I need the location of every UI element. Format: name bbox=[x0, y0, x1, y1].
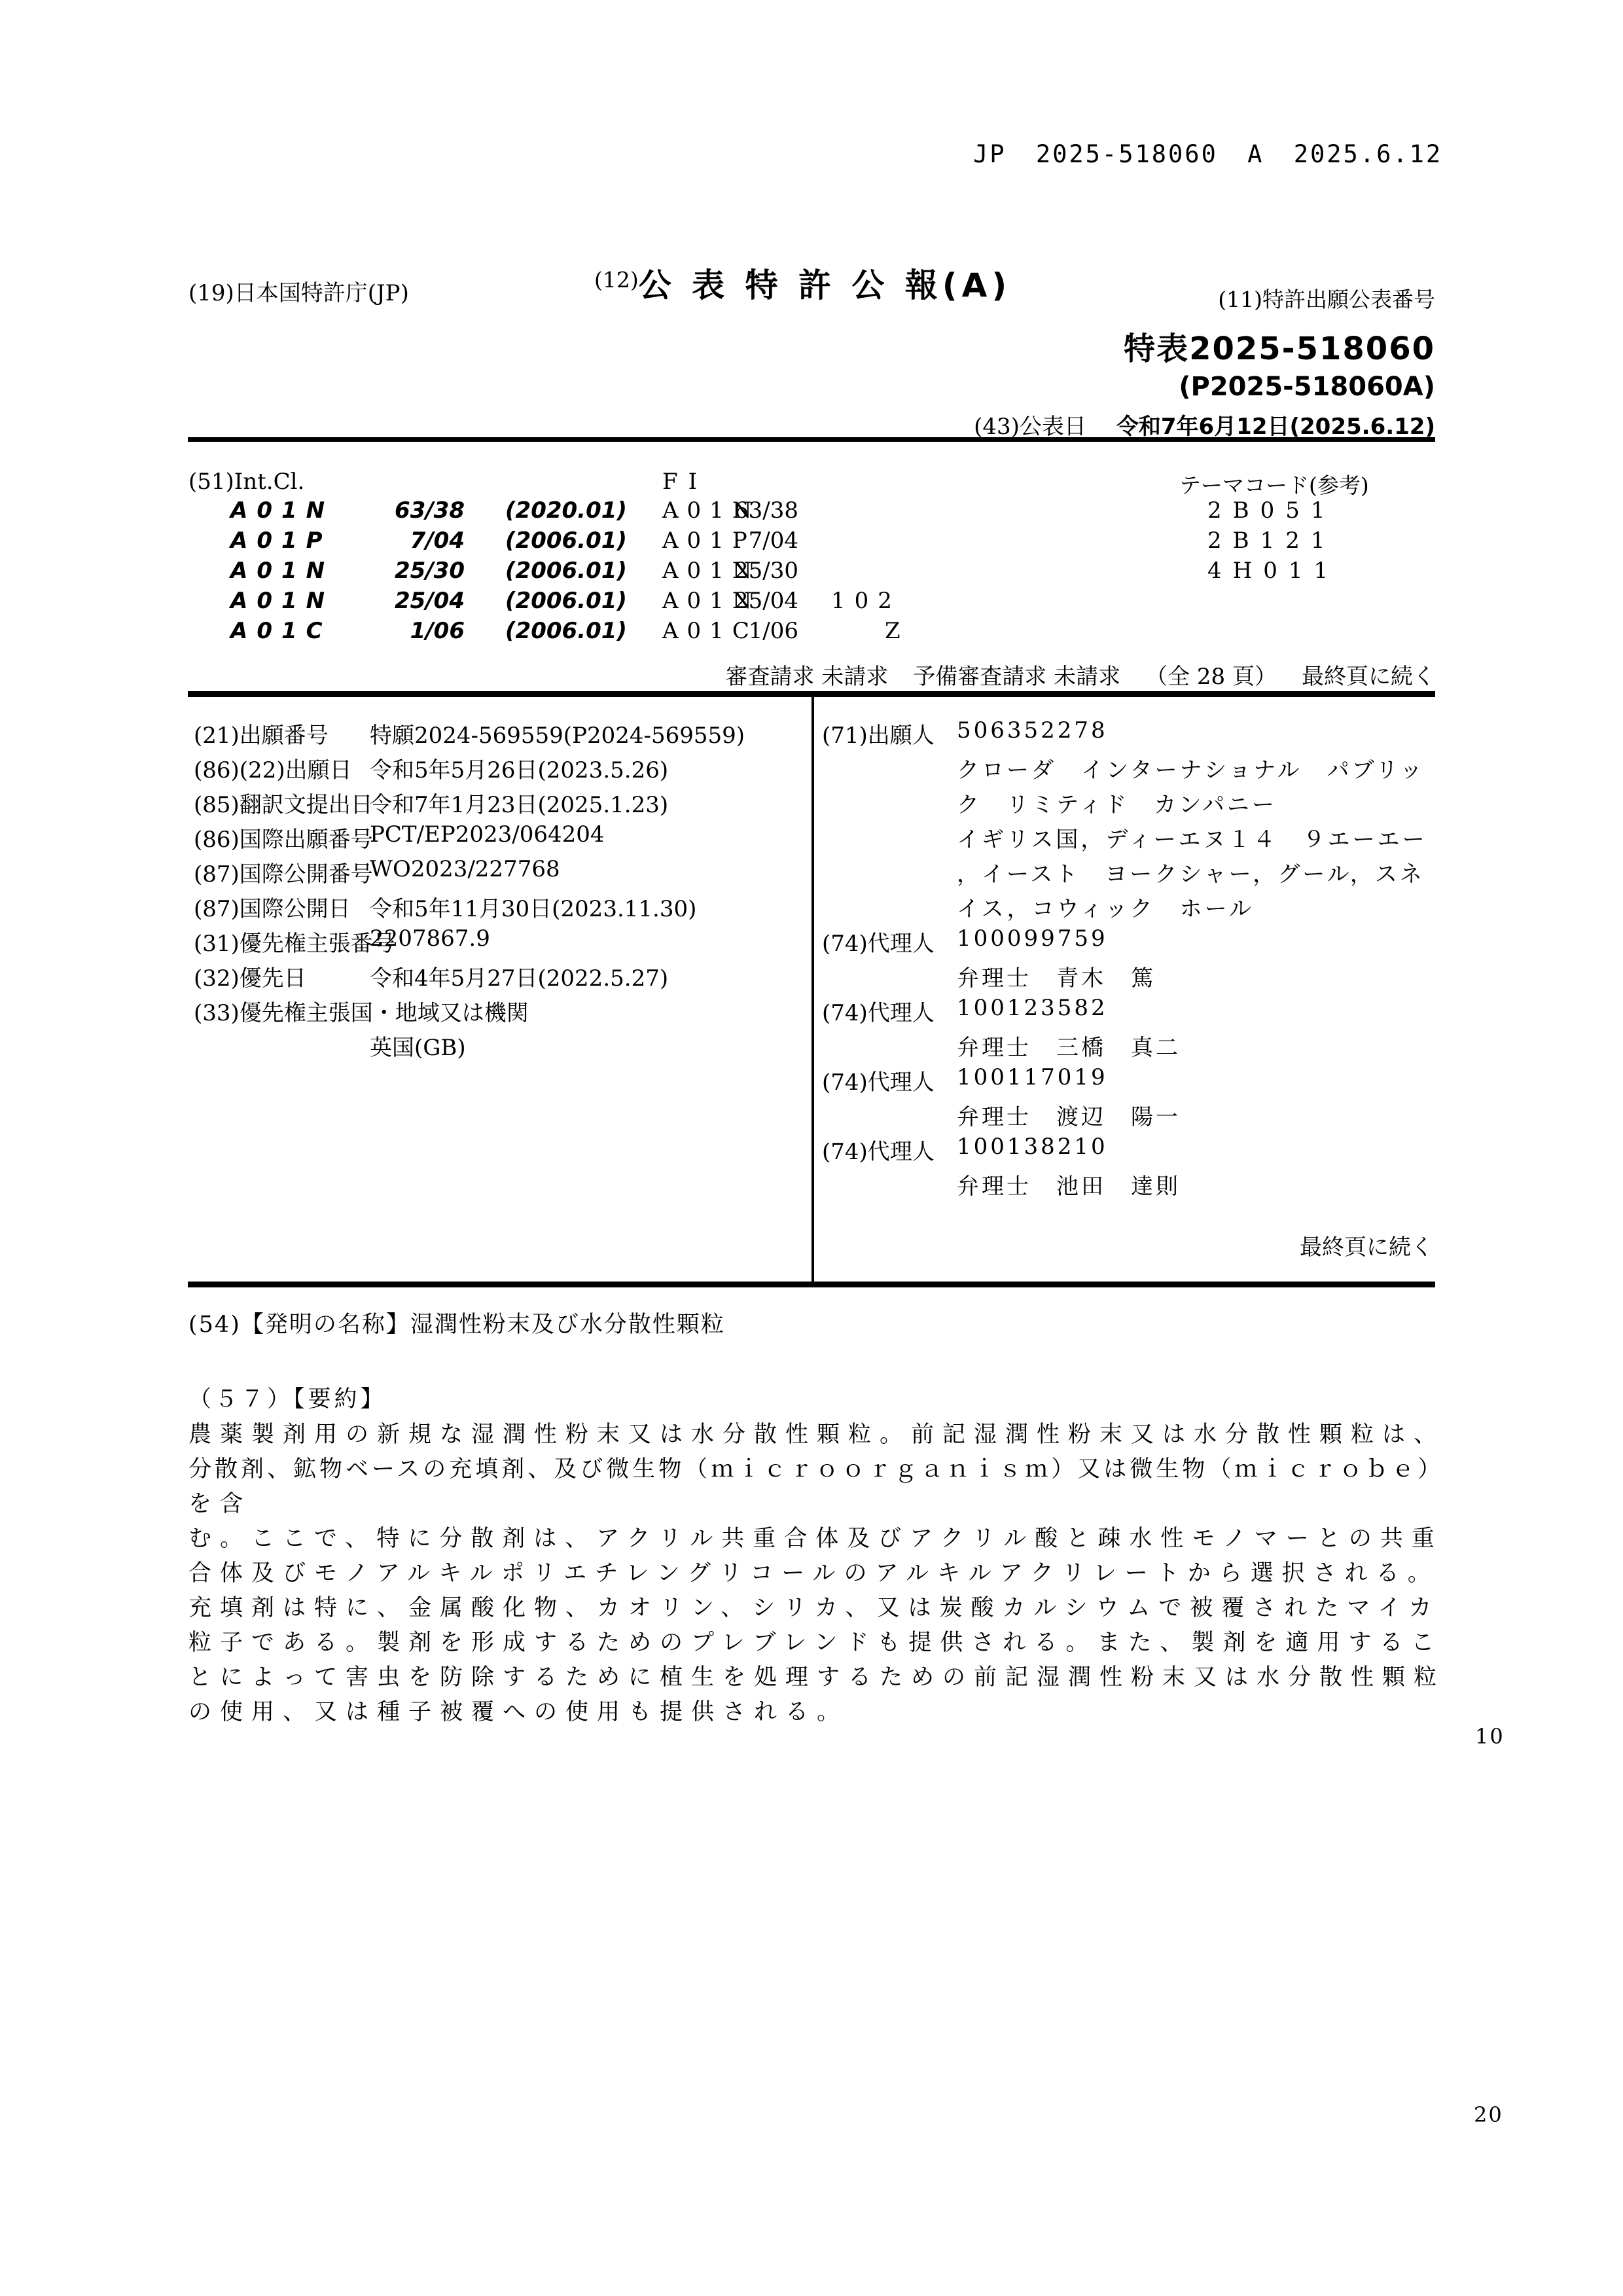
abstract-line: 充填剤は特に、金属酸化物、カオリン、シリカ、又は炭酸カルシウムで被覆されたマイカ bbox=[188, 1590, 1440, 1623]
agent-number: 100099759 bbox=[957, 925, 1108, 952]
patent-office-label: (19)日本国特許庁(JP) bbox=[188, 275, 409, 307]
fi-number: 25/30 bbox=[717, 558, 798, 584]
agent-number: 100123582 bbox=[957, 995, 1108, 1021]
field-label: (74)代理人 bbox=[822, 1064, 935, 1096]
publication-number: 特表2025-518060 bbox=[1124, 323, 1435, 368]
bib-row: (74)代理人 100123582 bbox=[0, 995, 1623, 1030]
theme-code: 2B121 bbox=[1207, 528, 1336, 554]
abstract-line: を含 bbox=[188, 1486, 251, 1518]
document-reference: JP 2025-518060 A 2025.6.12 bbox=[973, 140, 1442, 168]
invention-title: 湿潤性粉末及び水分散性顆粒 bbox=[410, 1312, 725, 1338]
request-status: 審査請求 未請求 bbox=[725, 658, 888, 691]
fi-subdivision: 102 bbox=[831, 588, 901, 614]
publication-date-value: 令和7年6月12日(2025.6.12) bbox=[1116, 408, 1435, 440]
theme-code-label: テーマコード(参考) bbox=[1179, 469, 1369, 499]
int-cl-label: (51)Int.Cl. bbox=[188, 469, 304, 495]
bib-row: 弁理士 池田 達則 bbox=[0, 1168, 1623, 1203]
classification-row: A01C 1/06 (2006.01) A01C 1/06 Z bbox=[0, 618, 1623, 648]
ipc-class: A01N bbox=[230, 497, 334, 524]
field-label: (71)出願人 bbox=[822, 717, 935, 749]
bib-row: イギリス国，ディーエヌ１４ ９エーエー bbox=[0, 821, 1623, 856]
ipc-version: (2020.01) bbox=[505, 497, 627, 524]
bib-row: 弁理士 渡辺 陽一 bbox=[0, 1099, 1623, 1134]
ipc-version: (2006.01) bbox=[505, 618, 627, 644]
field-label: (74)代理人 bbox=[822, 1134, 935, 1166]
continued-on-last-page-note: 最終頁に続く bbox=[1300, 1229, 1433, 1261]
ipc-version: (2006.01) bbox=[505, 558, 627, 584]
abstract-line: 粒子である。製剤を形成するためのプレブレンドも提供される。また、製剤を適用するこ bbox=[188, 1624, 1442, 1657]
ipc-number: 63/38 bbox=[353, 497, 465, 524]
margin-line-number: 10 bbox=[1475, 1724, 1505, 1749]
bib-row: (71)出願人 506352278 bbox=[0, 717, 1623, 752]
abstract-line: 分散剤、鉱物ベースの充填剤、及び微生物（ｍｉｃｒｏｏｒｇａｎｉｓｍ）又は微生物（… bbox=[188, 1451, 1444, 1484]
examination-request-line: 審査請求 未請求 予備審査請求 未請求 （全 28 頁） 最終頁に続く bbox=[725, 658, 1435, 691]
preliminary-request-status: 予備審査請求 未請求 bbox=[913, 658, 1120, 691]
agent-name: 弁理士 三橋 真二 bbox=[957, 1030, 1181, 1062]
invention-title-row: (54)【発明の名称】湿潤性粉末及び水分散性顆粒 bbox=[188, 1306, 725, 1339]
publication-number-label: (11)特許出願公表番号 bbox=[1218, 283, 1435, 314]
agent-number: 100138210 bbox=[957, 1134, 1108, 1160]
bib-row: (74)代理人 100099759 bbox=[0, 925, 1623, 960]
bib-row: ク リミティド カンパニー bbox=[0, 787, 1623, 821]
ipc-number: 7/04 bbox=[353, 528, 465, 554]
field-label: (74)代理人 bbox=[822, 995, 935, 1027]
abstract-heading: （５７）【要約】 bbox=[188, 1381, 387, 1414]
theme-code: 4H011 bbox=[1207, 558, 1339, 584]
agent-number: 100117019 bbox=[957, 1064, 1108, 1090]
fi-number: 63/38 bbox=[717, 497, 798, 524]
classification-row: A01N 63/38 (2020.01) A01N 63/38 2B051 bbox=[0, 497, 1623, 528]
abstract-line: 合体及びモノアルキルポリエチレングリコールのアルキルアクリレートから選択される。 bbox=[188, 1555, 1439, 1588]
classification-row: A01N 25/30 (2006.01) A01N 25/30 4H011 bbox=[0, 558, 1623, 588]
ipc-number: 25/04 bbox=[353, 588, 465, 614]
theme-code: 2B051 bbox=[1207, 497, 1336, 524]
patent-gazette-page: JP 2025-518060 A 2025.6.12 (19)日本国特許庁(JP… bbox=[0, 0, 1623, 2296]
kind-code-label: (12) bbox=[594, 267, 639, 293]
gazette-title: 公 表 特 許 公 報(A) bbox=[639, 259, 1011, 306]
ipc-version: (2006.01) bbox=[505, 588, 627, 614]
invention-title-label: (54)【発明の名称】 bbox=[188, 1312, 410, 1338]
publication-date-label: (43)公表日 bbox=[974, 408, 1086, 440]
fi-subdivision: Z bbox=[885, 618, 901, 644]
field-value: 506352278 bbox=[957, 717, 1108, 744]
ipc-class: A01P bbox=[230, 528, 332, 554]
total-pages: （全 28 頁） bbox=[1145, 658, 1277, 691]
applicant-address-line: イギリス国，ディーエヌ１４ ９エーエー bbox=[957, 821, 1427, 853]
abstract-line: とによって害虫を防除するために植生を処理するための前記湿潤性粉末又は水分散性顆粒 bbox=[188, 1659, 1445, 1692]
ipc-class: A01C bbox=[230, 618, 332, 644]
bib-row: イス，コウィック ホール bbox=[0, 891, 1623, 925]
continued-on-last-page-note: 最終頁に続く bbox=[1302, 658, 1435, 691]
ipc-number: 25/30 bbox=[353, 558, 465, 584]
bib-row: (74)代理人 100138210 bbox=[0, 1134, 1623, 1168]
classification-row: A01N 25/04 (2006.01) A01N 25/04 102 bbox=[0, 588, 1623, 618]
applicant-name-line: クローダ インターナショナル パブリッ bbox=[957, 752, 1425, 784]
fi-number: 7/04 bbox=[717, 528, 798, 554]
bib-row: クローダ インターナショナル パブリッ bbox=[0, 752, 1623, 787]
applicant-address-line: イス，コウィック ホール bbox=[957, 891, 1254, 923]
abstract-line: む。ここで、特に分散剤は、アクリル共重合体及びアクリル酸と疎水性モノマーとの共重 bbox=[188, 1520, 1443, 1553]
ipc-number: 1/06 bbox=[353, 618, 465, 644]
abstract-line: の使用、又は種子被覆への使用も提供される。 bbox=[188, 1694, 848, 1727]
horizontal-rule-bottom bbox=[188, 1282, 1435, 1287]
applicant-name-line: ク リミティド カンパニー bbox=[957, 787, 1277, 819]
fi-number: 1/06 bbox=[717, 618, 798, 644]
ipc-class: A01N bbox=[230, 558, 334, 584]
applicant-address-line: ，イースト ヨークシャー，グール，スネ bbox=[957, 856, 1425, 888]
bib-row: ，イースト ヨークシャー，グール，スネ bbox=[0, 856, 1623, 891]
classification-row: A01P 7/04 (2006.01) A01P 7/04 2B121 bbox=[0, 528, 1623, 558]
agent-name: 弁理士 渡辺 陽一 bbox=[957, 1099, 1181, 1131]
margin-line-number: 20 bbox=[1474, 2102, 1503, 2127]
publication-number-paren: (P2025-518060A) bbox=[1179, 372, 1435, 402]
publication-date-row: (43)公表日 令和7年6月12日(2025.6.12) bbox=[974, 408, 1435, 440]
abstract-line: 農薬製剤用の新規な湿潤性粉末又は水分散性顆粒。前記湿潤性粉末又は水分散性顆粒は、 bbox=[188, 1416, 1445, 1449]
field-label: (74)代理人 bbox=[822, 925, 935, 958]
fi-number: 25/04 bbox=[717, 588, 798, 614]
fi-label: FI bbox=[662, 469, 707, 495]
bib-row: 弁理士 青木 篤 bbox=[0, 960, 1623, 995]
bib-row: 弁理士 三橋 真二 bbox=[0, 1030, 1623, 1064]
ipc-version: (2006.01) bbox=[505, 528, 627, 554]
horizontal-rule-top bbox=[188, 437, 1435, 442]
publication-kind: (12) 公 表 特 許 公 報(A) bbox=[594, 259, 1011, 306]
bib-row: (74)代理人 100117019 bbox=[0, 1064, 1623, 1099]
agent-name: 弁理士 青木 篤 bbox=[957, 960, 1156, 992]
agent-name: 弁理士 池田 達則 bbox=[957, 1168, 1181, 1200]
ipc-class: A01N bbox=[230, 588, 334, 614]
